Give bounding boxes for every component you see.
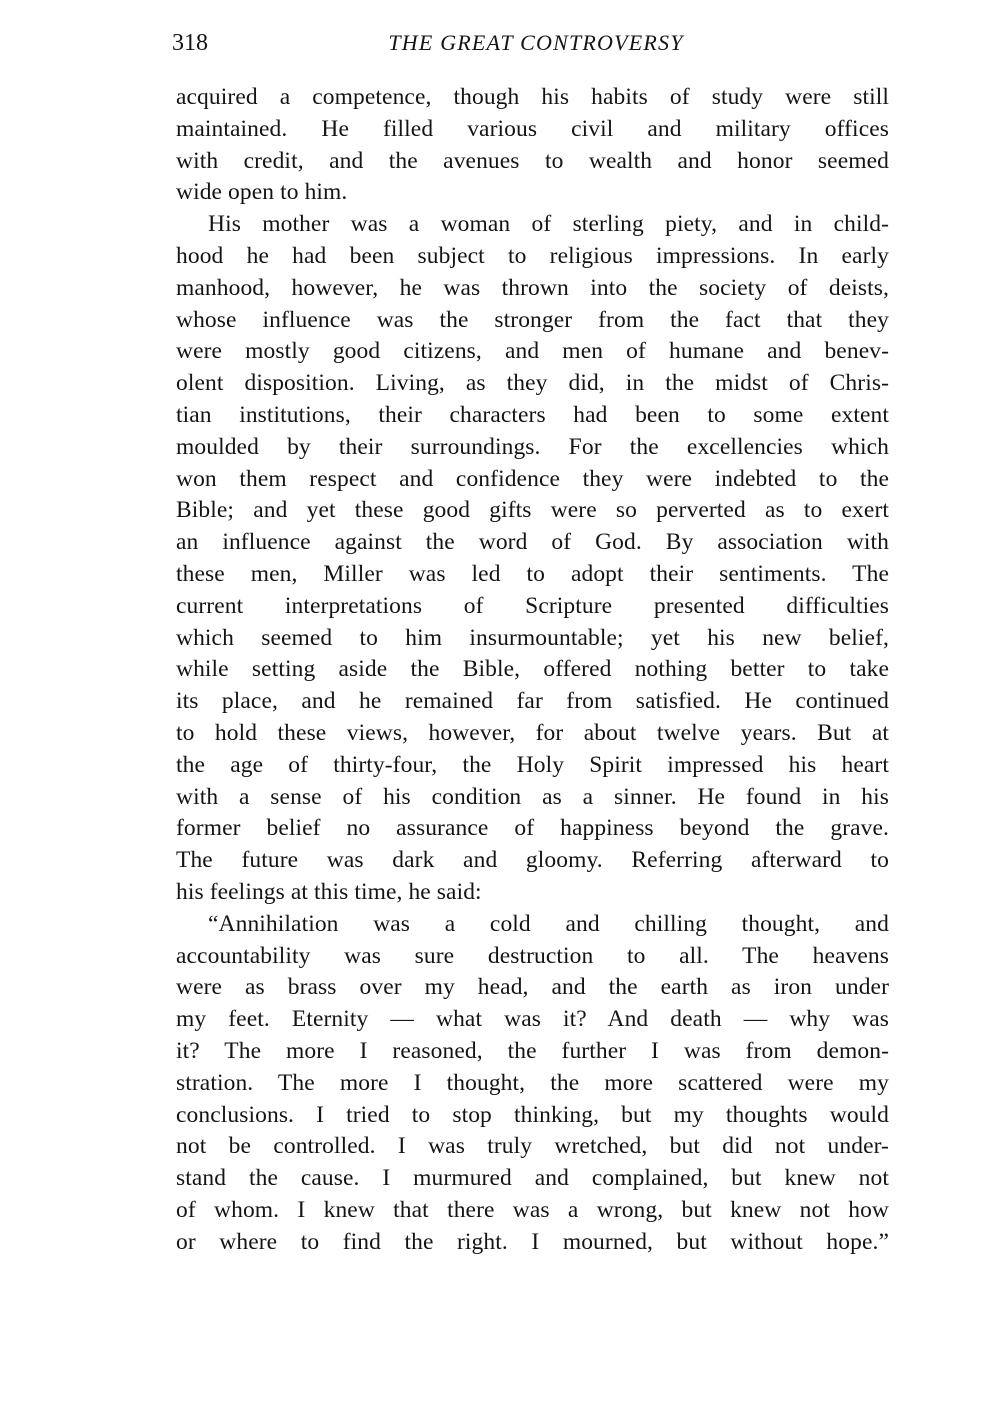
running-title: THE GREAT CONTROVERSY <box>172 26 890 60</box>
paragraph-2: His mother was a woman of sterling piety… <box>176 209 889 909</box>
text-line: not be controlled. I was truly wretched,… <box>176 1131 889 1163</box>
text-line: while setting aside the Bible, offered n… <box>176 654 889 686</box>
text-line: were mostly good citizens, and men of hu… <box>176 336 889 368</box>
text-line: accountability was sure destruction to a… <box>176 941 889 973</box>
text-line: my feet. Eternity — what was it? And dea… <box>176 1004 889 1036</box>
text-line: which seemed to him insurmountable; yet … <box>176 623 889 655</box>
text-line: of whom. I knew that there was a wrong, … <box>176 1195 889 1227</box>
text-line: manhood, however, he was thrown into the… <box>176 273 889 305</box>
text-line: or where to find the right. I mourned, b… <box>176 1227 889 1259</box>
text-line: current interpretations of Scripture pre… <box>176 591 889 623</box>
text-line: its place, and he remained far from sati… <box>176 686 889 718</box>
text-line: with credit, and the avenues to wealth a… <box>176 146 889 178</box>
text-line: with a sense of his condition as a sinne… <box>176 782 889 814</box>
text-line: won them respect and confidence they wer… <box>176 464 889 496</box>
text-line: former belief no assurance of happiness … <box>176 813 889 845</box>
text-line: hood he had been subject to religious im… <box>176 241 889 273</box>
text-line: “Annihilation was a cold and chilling th… <box>176 909 889 941</box>
text-line: the age of thirty-four, the Holy Spirit … <box>176 750 889 782</box>
text-line: conclusions. I tried to stop thinking, b… <box>176 1100 889 1132</box>
text-line: whose influence was the stronger from th… <box>176 305 889 337</box>
quotation-paragraph: “Annihilation was a cold and chilling th… <box>176 909 889 1259</box>
book-page: 318 THE GREAT CONTROVERSY acquired a com… <box>0 0 1000 1416</box>
text-line: acquired a competence, though his habits… <box>176 82 889 114</box>
page-header: 318 THE GREAT CONTROVERSY <box>172 26 890 60</box>
body-text: acquired a competence, though his habits… <box>176 82 889 1258</box>
text-line: tian institutions, their characters had … <box>176 400 889 432</box>
text-line: stration. The more I thought, the more s… <box>176 1068 889 1100</box>
paragraph-1: acquired a competence, though his habits… <box>176 82 889 209</box>
text-line: The future was dark and gloomy. Referrin… <box>176 845 889 877</box>
text-line: an influence against the word of God. By… <box>176 527 889 559</box>
text-line: maintained. He filled various civil and … <box>176 114 889 146</box>
text-line: these men, Miller was led to adopt their… <box>176 559 889 591</box>
text-line: were as brass over my head, and the eart… <box>176 972 889 1004</box>
text-line: wide open to him. <box>176 177 889 209</box>
text-line: to hold these views, however, for about … <box>176 718 889 750</box>
text-line: stand the cause. I murmured and complain… <box>176 1163 889 1195</box>
text-line: moulded by their surroundings. For the e… <box>176 432 889 464</box>
text-line: His mother was a woman of sterling piety… <box>176 209 889 241</box>
text-line: olent disposition. Living, as they did, … <box>176 368 889 400</box>
text-line: it? The more I reasoned, the further I w… <box>176 1036 889 1068</box>
text-line: his feelings at this time, he said: <box>176 877 889 909</box>
text-line: Bible; and yet these good gifts were so … <box>176 495 889 527</box>
